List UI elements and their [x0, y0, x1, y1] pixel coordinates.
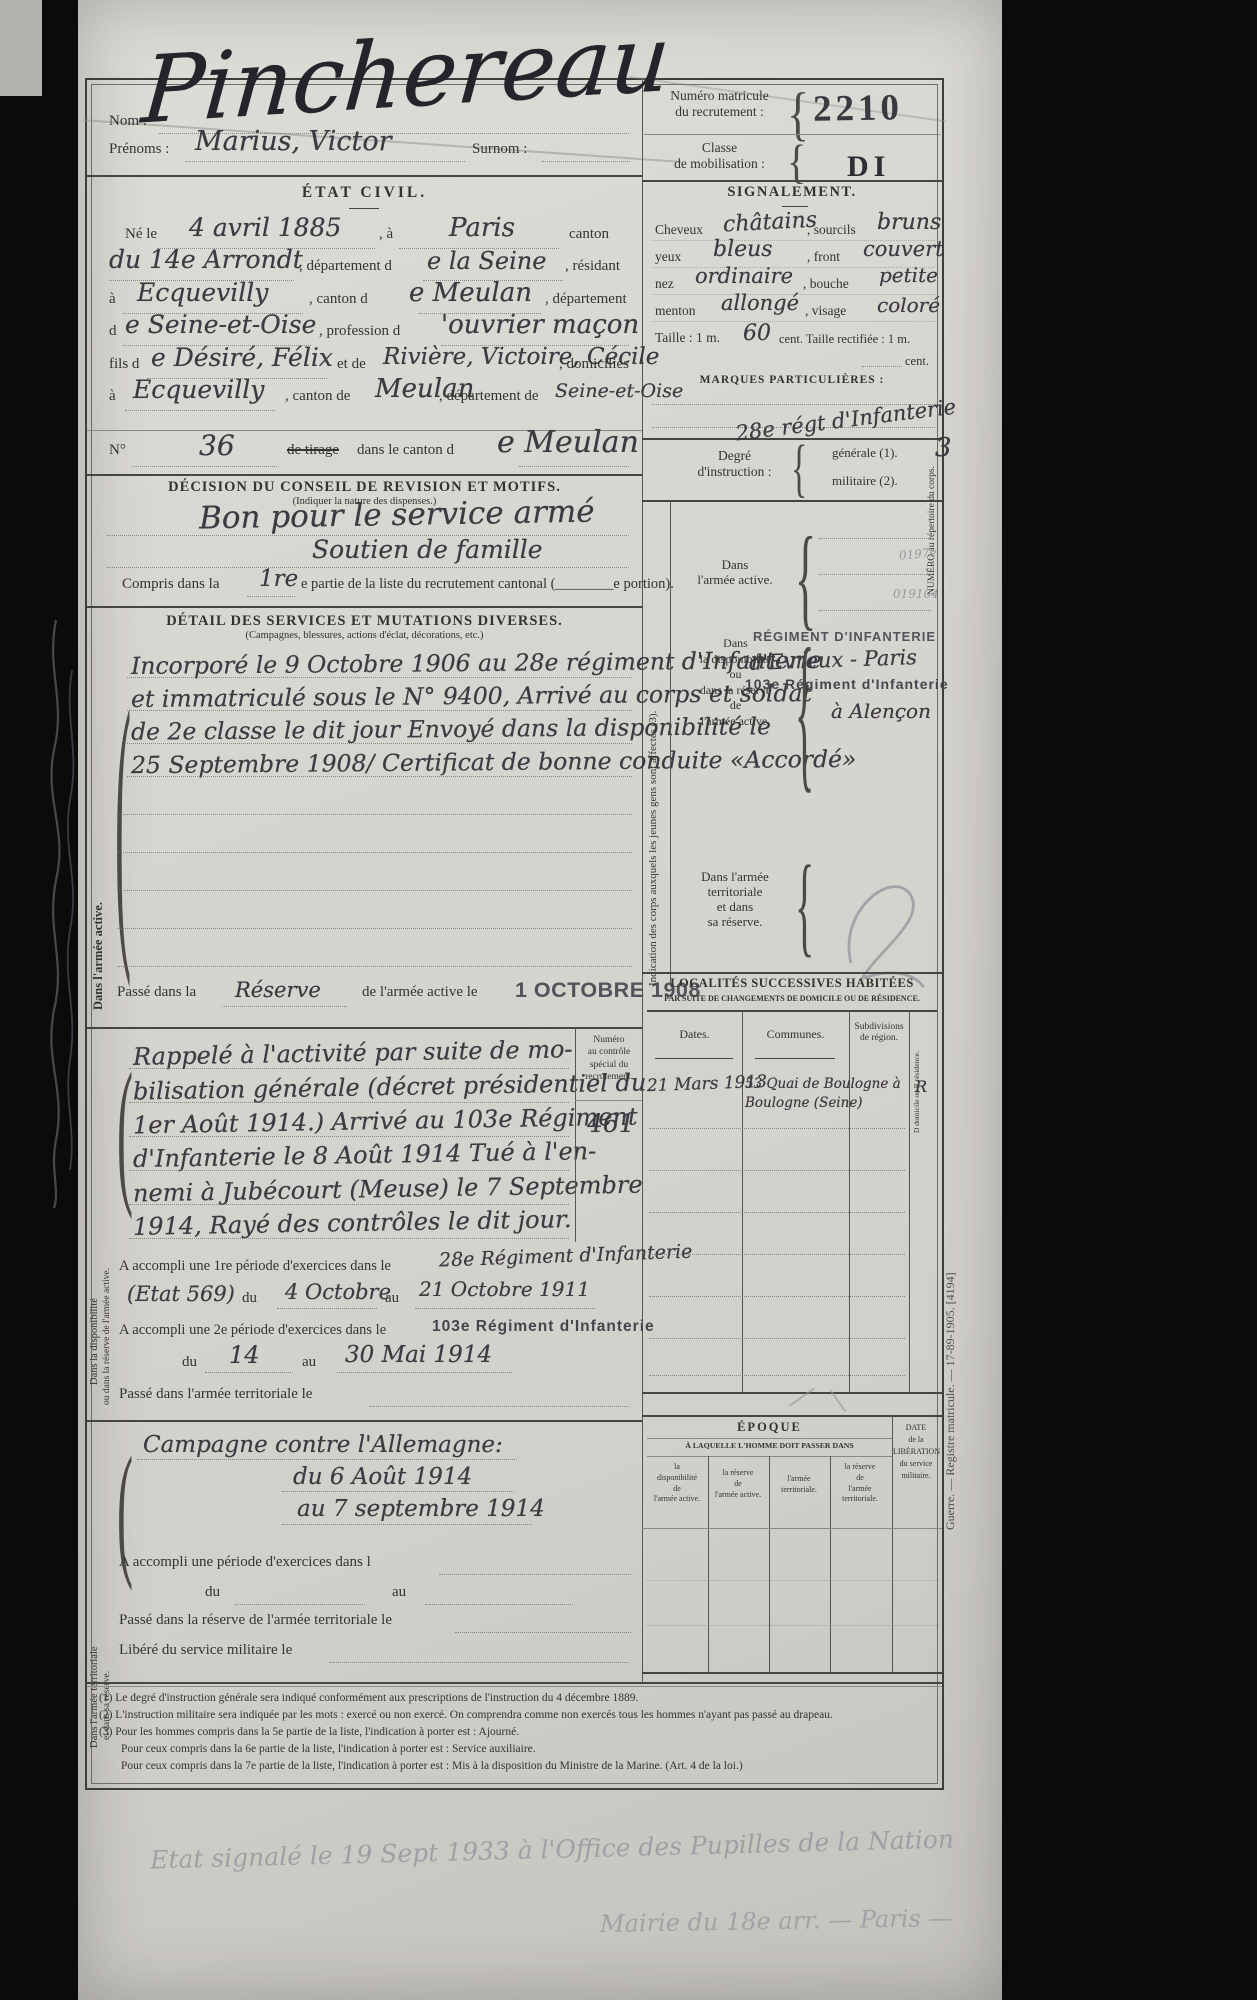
rule-line — [337, 1372, 512, 1373]
rule-line — [819, 538, 931, 539]
degre-instruction-label: Degré d'instruction : — [677, 448, 792, 479]
rule-line — [655, 1058, 733, 1059]
sourcils-label: , sourcils — [807, 222, 856, 238]
epoque-col2: la réserve de l'armée active. — [709, 1468, 767, 1500]
localites-col-communes: Communes. — [742, 1028, 849, 1042]
ne-le-label: Né le — [125, 226, 157, 243]
rule-line — [649, 1338, 905, 1339]
rule-line — [87, 1420, 642, 1422]
partie-value: 1re — [259, 566, 298, 592]
au2-label: au — [302, 1354, 316, 1371]
rule-line — [282, 1524, 532, 1525]
signalement-title: SIGNALEMENT. — [642, 184, 942, 201]
matricule-label: Numéro matricule du recrutement : — [652, 88, 787, 119]
front-label: , front — [807, 249, 840, 265]
rule-line — [425, 1604, 573, 1605]
territoriale-periode-label: A accompli une période d'exercices dans … — [119, 1554, 371, 1571]
rule-line — [277, 1308, 377, 1309]
rule-line — [129, 1204, 569, 1205]
bottom-pencil-note-line2: Mairie du 18e arr. — Paris — — [600, 1905, 953, 1939]
rule-line — [87, 1686, 942, 1687]
taille-rectifiee-label: cent. Taille rectifiée : 1 m. — [779, 332, 910, 346]
departement2-value: e Seine-et-Oise — [125, 311, 316, 340]
rule-line — [439, 1574, 631, 1575]
canton2-label: , canton de — [285, 388, 350, 405]
table-column-line — [742, 1010, 743, 1392]
periode1-detail: (Etat 569) — [127, 1282, 235, 1306]
au2-value: 30 Mai 1914 — [345, 1342, 492, 1368]
departement1-value: e la Seine — [427, 248, 546, 276]
rule-line — [647, 1438, 892, 1439]
rule-line — [222, 1006, 347, 1007]
bouche-value: petite — [879, 264, 938, 287]
territoriale-au-label: au — [392, 1584, 406, 1601]
rule-line — [649, 1375, 905, 1376]
rule-line — [649, 1296, 905, 1297]
arrondissement-value: du 14e Arrondt — [109, 246, 303, 275]
corps-side-label: Indication des corps auxquels les jeunes… — [647, 510, 660, 986]
visage-label: , visage — [805, 303, 846, 319]
passe-reserve-territoriale-label: Passé dans la réserve de l'armée territo… — [119, 1612, 392, 1629]
du2-value: 14 — [229, 1342, 260, 1370]
rule-line — [647, 1625, 939, 1626]
periode1-label: A accompli une 1re période d'exercices d… — [119, 1258, 391, 1275]
menton-label: menton — [655, 303, 696, 319]
rule-line — [137, 1459, 517, 1460]
footnote-line: Pour ceux compris dans la 7e partie de l… — [121, 1760, 743, 1773]
domicilies-word: , domiciliés — [559, 356, 629, 373]
brace-glyph: { — [791, 438, 807, 503]
passe-territoriale-label: Passé dans l'armée territoriale le — [119, 1386, 312, 1403]
rule-line — [642, 1672, 942, 1674]
brace-glyph: { — [787, 138, 806, 186]
du2-label: du — [182, 1354, 197, 1371]
rule-line — [819, 610, 931, 611]
rule-line — [642, 972, 942, 974]
epoque-col1: la disponibilité de l'armée active. — [648, 1462, 706, 1505]
epoque-col4: la réserve de l'armée territoriale. — [831, 1462, 889, 1505]
services-title: DÉTAIL DES SERVICES ET MUTATIONS DIVERSE… — [87, 613, 642, 630]
localites-row-dr: R — [915, 1078, 927, 1096]
rule-line — [782, 206, 808, 207]
cheveux-label: Cheveux — [655, 222, 703, 238]
nez-label: nez — [655, 276, 674, 292]
epoque-col-date-liberation: DATE de la LIBÉRATION du service militai… — [893, 1422, 939, 1482]
residant-word: , résidant — [565, 258, 620, 275]
cent-label: cent. — [905, 354, 929, 368]
table-column-line — [849, 1010, 850, 1392]
rule-line — [642, 1528, 942, 1529]
footnote-line: Pour ceux compris dans la 6e partie de l… — [121, 1743, 536, 1756]
rule-line — [132, 466, 277, 467]
rule-line — [117, 966, 632, 967]
document-paper: Guerre. — Registre matricule. — 17-89-19… — [78, 0, 1002, 2000]
canton1-value: e Meulan — [409, 279, 532, 309]
rule-line — [542, 161, 630, 162]
departement3-label: , département de — [439, 388, 539, 405]
cheveux-value: châtains — [722, 208, 817, 238]
rule-line — [127, 677, 632, 678]
canton3-value: e Meulan — [497, 426, 639, 461]
instruction-generale-label: générale (1). — [832, 446, 898, 461]
marques-particulieres-label: MARQUES PARTICULIÈRES : — [642, 374, 942, 387]
rule-line — [415, 1308, 595, 1309]
column-divider — [642, 80, 643, 1684]
rule-line — [282, 1491, 514, 1492]
rule-line — [87, 606, 642, 608]
matricule-form-card: Pinchereau Nom : Prénoms : Marius, Victo… — [85, 78, 944, 1790]
localites-title: LOCALITÉS SUCCESSIVES HABITÉES — [642, 976, 942, 990]
passe-reserve-label-2: de l'armée active le — [362, 984, 478, 1001]
bottom-pencil-note-line1: Etat signalé le 19 Sept 1933 à l'Office … — [150, 1825, 955, 1875]
margin-imprint: Guerre. — Registre matricule. — 17-89-19… — [944, 1010, 958, 1530]
campagne-line: du 6 Août 1914 — [293, 1464, 472, 1490]
numero-controle-value: 461 — [587, 1110, 635, 1139]
territoriale-du-label: du — [205, 1584, 220, 1601]
au1-label: au — [385, 1290, 399, 1307]
rule-line — [755, 1058, 835, 1059]
rule-line — [329, 1662, 629, 1663]
epoque-subtitle: À LAQUELLE L'HOMME DOIT PASSER DANS — [647, 1442, 892, 1451]
numero-tirage-value: 36 — [199, 430, 235, 462]
instruction-militaire-label: militaire (2). — [832, 474, 898, 489]
rule-line — [575, 1100, 642, 1101]
sourcils-value: bruns — [877, 210, 941, 235]
rule-line — [87, 175, 642, 177]
localites-subtitle: PAR SUITE DE CHANGEMENTS DE DOMICILE OU … — [642, 994, 942, 1003]
localites-col-subdivisions: Subdivisions de région. — [849, 1022, 909, 1044]
rule-line — [129, 1068, 569, 1069]
classe-label: Classe de mobilisation : — [652, 140, 787, 171]
birth-date-value: 4 avril 1885 — [189, 214, 341, 243]
epoque-col3: l'armée territoriale. — [770, 1474, 828, 1496]
corps-margin-number: 019104 — [893, 588, 939, 602]
rule-line — [129, 1170, 569, 1171]
numero-tirage-label: N° — [109, 442, 126, 459]
yeux-label: yeux — [655, 249, 681, 265]
rule-line — [862, 366, 902, 367]
table-column-line — [909, 1010, 910, 1392]
etat-civil-title: ÉTAT CIVIL. — [87, 184, 642, 202]
disponibilite-side-label-2: ou dans la réserve de l'armée active. — [102, 1045, 113, 1405]
rule-line — [652, 321, 935, 322]
rule-line — [649, 1254, 905, 1255]
corps-column-line — [670, 500, 671, 986]
rule-line — [369, 1406, 629, 1407]
brace-glyph: { — [795, 850, 814, 962]
rule-line — [649, 1128, 905, 1129]
brace-glyph: ( — [117, 1052, 133, 1215]
rule-line — [205, 1372, 293, 1373]
matricule-value: 2210 — [813, 87, 904, 131]
front-value: couvert — [863, 237, 944, 261]
epoque-title: ÉPOQUE — [647, 1420, 892, 1434]
rule-line — [647, 1580, 939, 1581]
residence-value: Ecquevilly — [137, 279, 268, 308]
rule-line — [125, 410, 275, 411]
rule-line — [349, 208, 379, 209]
footnote-line: (2) L'instruction militaire sera indiqué… — [99, 1709, 833, 1722]
rule-line — [129, 1102, 569, 1103]
rule-line — [235, 1604, 365, 1605]
rule-line — [642, 1415, 942, 1417]
a2-label: à — [109, 291, 116, 308]
taille-value: 60 — [743, 321, 771, 346]
birth-place-value: Paris — [449, 214, 515, 244]
libere-label: Libéré du service militaire le — [119, 1642, 292, 1659]
passe-reserve-value: Réserve — [235, 978, 321, 1002]
repertoire-corps-label: NUMÉRO au répertoire du corps. — [927, 410, 938, 595]
canton1-label: , canton d — [309, 291, 368, 308]
nez-value: ordinaire — [695, 264, 793, 288]
localites-col-dr: D domicile ou R résidence. — [913, 1013, 922, 1133]
menton-value: allongé — [721, 291, 799, 315]
rule-line — [647, 1010, 937, 1012]
adjacent-page-corner — [0, 0, 42, 96]
rule-line — [129, 1136, 569, 1137]
corps-dispo-hand2: à Alençon — [831, 700, 931, 723]
departement1-label: , département d — [299, 258, 392, 275]
tirage-struck-word: de tirage — [287, 442, 339, 459]
corps-armee-active-label: Dans l'armée active. — [685, 558, 785, 588]
corps-dispo-label: Dans la disponibilité ou dans la réserve… — [683, 636, 788, 730]
disponibilite-side-label-1: Dans la disponibilité — [89, 1065, 101, 1385]
rule-line — [642, 1392, 942, 1394]
periode2-value-stamp: 103e Régiment d'Infanterie — [432, 1318, 655, 1336]
bouche-label: , bouche — [803, 276, 849, 292]
localites-col-dates: Dates. — [647, 1028, 742, 1042]
rule-line — [127, 710, 632, 711]
surnom-label: Surnom : — [472, 141, 527, 158]
et-de-label: et de — [337, 356, 366, 373]
visage-value: coloré — [877, 294, 940, 317]
du1-label: du — [242, 1290, 257, 1307]
footnote-line: (1) Le degré d'instruction générale sera… — [99, 1692, 638, 1705]
rule-line — [129, 1238, 569, 1239]
rule-line — [107, 567, 629, 568]
profession-label: , profession d — [319, 323, 400, 340]
brace-glyph: ( — [115, 672, 131, 979]
canton3-label: dans le canton d — [357, 442, 454, 459]
rule-line — [117, 852, 632, 853]
a-label: , à — [379, 226, 393, 243]
localites-row-commune: 53 Quai de Boulogne à Boulogne (Seine) — [745, 1075, 907, 1113]
decision-motif2: Soutien de famille — [312, 536, 543, 565]
numero-controle-label: Numéro au contrôle spécial du recrutemen… — [577, 1034, 641, 1083]
corps-territoriale-label: Dans l'armée territoriale et dans sa rés… — [685, 870, 785, 930]
a3-label: à — [109, 388, 116, 405]
pere-value: e Désiré, Félix — [151, 344, 333, 373]
rule-line — [247, 596, 295, 597]
services-subtitle: (Campagnes, blessures, actions d'éclat, … — [87, 630, 642, 642]
rule-line — [649, 1170, 905, 1171]
footnote-line: (3) Pour les hommes compris dans la 5e p… — [99, 1726, 519, 1739]
rule-line — [819, 574, 931, 575]
passe-reserve-label-1: Passé dans la — [117, 984, 196, 1001]
du1-value: 4 Octobre — [285, 1280, 391, 1304]
rule-line — [642, 180, 942, 182]
periode2-label: A accompli une 2e période d'exercices da… — [119, 1322, 386, 1339]
rule-line — [87, 1682, 942, 1684]
profession-value: 'ouvrier maçon — [441, 311, 639, 341]
rule-line — [185, 161, 465, 162]
brace-glyph: { — [795, 624, 814, 800]
fils-label: fils d — [109, 356, 139, 373]
rule-line — [519, 466, 629, 467]
au1-value: 21 Octobre 1911 — [419, 1278, 590, 1301]
yeux-value: bleus — [713, 237, 773, 262]
rule-line — [117, 814, 632, 815]
compris-label: Compris dans la — [122, 576, 220, 593]
d-label: d — [109, 323, 117, 340]
campagne-line: au 7 septembre 1914 — [297, 1496, 545, 1522]
margin-pencil-marks — [26, 610, 81, 1210]
rule-line — [649, 1212, 905, 1213]
services-entry-line: de 2e classe le dit jour Envoyé dans la … — [131, 713, 771, 746]
decision-motif1: Bon pour le service armé — [199, 495, 595, 538]
domicile-value: Ecquevilly — [133, 376, 264, 405]
canton-word: canton — [569, 226, 609, 243]
rule-line — [127, 743, 632, 744]
taille-label: Taille : 1 m. — [655, 330, 720, 346]
rule-line — [127, 776, 632, 777]
campagne-line: Campagne contre l'Allemagne: — [143, 1432, 503, 1458]
rule-line — [87, 474, 642, 476]
rule-line — [455, 1632, 631, 1633]
compris-label-2: e partie de la liste du recrutement cant… — [301, 576, 674, 593]
departement-word: , département — [545, 291, 627, 308]
rule-line — [117, 928, 632, 929]
rule-line — [642, 500, 942, 502]
rule-line — [87, 1027, 642, 1029]
rule-line — [117, 890, 632, 891]
armee-active-side-label: Dans l'armée active. — [91, 680, 105, 1010]
